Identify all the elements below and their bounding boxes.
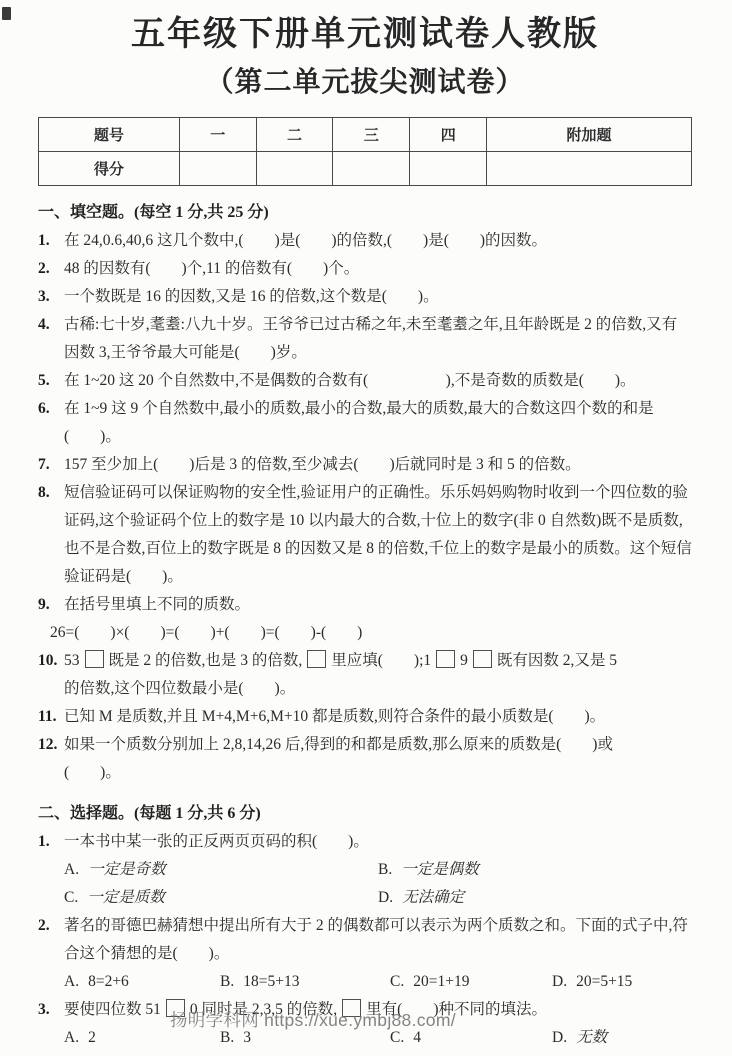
question-text-line: 在括号里填上不同的质数。 [64, 591, 692, 619]
question-number: 7. [38, 451, 64, 479]
question-number: 6. [38, 395, 64, 451]
scan-artifact [2, 7, 11, 20]
page-subtitle: （第二单元拔尖测试卷） [38, 65, 692, 101]
question-text: 在 1~20 这 20 个自然数中,不是偶数的合数有( ),不是奇数的质数是( … [64, 367, 692, 395]
question-text: 在 1~9 这 9 个自然数中,最小的质数,最小的合数,最大的质数,最大的合数这… [64, 395, 692, 451]
question-segment: 9 [460, 652, 468, 669]
options-row: C.一定是质数 D.无法确定 [64, 884, 692, 912]
score-empty-cell [333, 152, 410, 186]
option-text: 无法确定 [402, 889, 464, 906]
question-text: 一个数既是 16 的因数,又是 16 的倍数,这个数是( )。 [64, 283, 692, 311]
fill-question-3: 3. 一个数既是 16 的因数,又是 16 的倍数,这个数是( )。 [38, 283, 692, 311]
score-table-header-cell: 题号 [39, 118, 180, 152]
score-table-header-cell: 一 [179, 118, 256, 152]
site-watermark: 扬明学科网 https://xue.ymbj88.com/ [170, 1007, 456, 1032]
option-text: 一定是偶数 [401, 861, 479, 878]
fill-question-7: 7. 157 至少加上( )后是 3 的倍数,至少减去( )后就同时是 3 和 … [38, 451, 692, 479]
equation-line: 26=( )×( )=( )+( )=( )-( ) [50, 619, 692, 647]
section1-heading: 一、填空题。(每空 1 分,共 25 分) [38, 199, 692, 227]
question-number: 8. [38, 479, 64, 591]
choice-question-1: 1. 一本书中某一张的正反两页页码的积( )。 A.一定是奇数 B.一定是偶数 … [38, 828, 692, 912]
option-text: 20=5+15 [576, 973, 632, 990]
question-segment: 53 [64, 652, 80, 669]
test-paper-page: 五年级下册单元测试卷人教版 （第二单元拔尖测试卷） 题号 一 二 三 四 附加题… [0, 0, 732, 1052]
question-number: 4. [38, 311, 64, 367]
option-text: 一定是质数 [87, 889, 165, 906]
score-empty-cell [179, 152, 256, 186]
options-row: A.8=2+6 B.18=5+13 C.20=1+19 D.20=5+15 [64, 968, 692, 996]
score-table-header-cell: 三 [333, 118, 410, 152]
question-text-line: 53既是 2 的倍数,也是 3 的倍数,里应填( );19既有因数 2,又是 5 [64, 647, 692, 675]
option-text: 20=1+19 [413, 973, 469, 990]
option-d: D.无数 [552, 1024, 692, 1052]
question-number: 5. [38, 367, 64, 395]
question-text-line: 如果一个质数分别加上 2,8,14,26 后,得到的和都是质数,那么原来的质数是… [64, 731, 692, 759]
question-text: 短信验证码可以保证购物的安全性,验证用户的正确性。乐乐妈妈购物时收到一个四位数的… [64, 479, 692, 591]
option-a: A.8=2+6 [64, 968, 220, 996]
question-text: 53既是 2 的倍数,也是 3 的倍数,里应填( );19既有因数 2,又是 5… [64, 647, 692, 703]
question-text: 古稀:七十岁,耄耋:八九十岁。王爷爷已过古稀之年,未至耄耋之年,且年龄既是 2 … [64, 311, 692, 367]
option-label: D. [552, 1029, 567, 1046]
fill-question-2: 2. 48 的因数有( )个,11 的倍数有( )个。 [38, 255, 692, 283]
option-b: B.18=5+13 [220, 968, 390, 996]
choice-question-2: 2. 著名的哥德巴赫猜想中提出所有大于 2 的偶数都可以表示为两个质数之和。下面… [38, 912, 692, 996]
question-text-line: ( )。 [64, 759, 692, 787]
score-table-score-row: 得分 [39, 152, 692, 186]
option-d: D.20=5+15 [552, 968, 692, 996]
question-text: 著名的哥德巴赫猜想中提出所有大于 2 的偶数都可以表示为两个质数之和。下面的式子… [64, 912, 692, 996]
question-segment: 既是 2 的倍数,也是 3 的倍数, [109, 652, 303, 669]
question-number: 2. [38, 255, 64, 283]
question-segment: 里应填( );1 [331, 652, 431, 669]
option-label: D. [552, 973, 567, 990]
score-empty-cell [410, 152, 487, 186]
score-empty-cell [487, 152, 692, 186]
blank-box [473, 650, 492, 668]
option-d: D.无法确定 [378, 884, 692, 912]
score-label-cell: 得分 [39, 152, 180, 186]
fill-question-8: 8. 短信验证码可以保证购物的安全性,验证用户的正确性。乐乐妈妈购物时收到一个四… [38, 479, 692, 591]
blank-box [85, 650, 104, 668]
option-text: 无数 [576, 1029, 607, 1046]
option-label: A. [64, 973, 79, 990]
option-text: 8=2+6 [88, 973, 129, 990]
question-text: 如果一个质数分别加上 2,8,14,26 后,得到的和都是质数,那么原来的质数是… [64, 731, 692, 787]
question-number: 3. [38, 283, 64, 311]
question-text-line: 一本书中某一张的正反两页页码的积( )。 [64, 828, 692, 856]
option-label: D. [378, 889, 393, 906]
option-label: C. [390, 973, 404, 990]
fill-question-9: 9. 在括号里填上不同的质数。 26=( )×( )=( )+( )=( )-(… [38, 591, 692, 647]
fill-question-11: 11. 已知 M 是质数,并且 M+4,M+6,M+10 都是质数,则符合条件的… [38, 703, 692, 731]
option-text: 一定是奇数 [88, 861, 166, 878]
question-number: 11. [38, 703, 64, 731]
page-title: 五年级下册单元测试卷人教版 [38, 14, 692, 56]
section2-heading: 二、选择题。(每题 1 分,共 6 分) [38, 800, 692, 828]
score-table: 题号 一 二 三 四 附加题 得分 [38, 117, 692, 186]
option-a: A.一定是奇数 [64, 856, 378, 884]
question-text-line: 著名的哥德巴赫猜想中提出所有大于 2 的偶数都可以表示为两个质数之和。下面的式子… [64, 912, 692, 968]
score-table-header-cell: 二 [256, 118, 333, 152]
question-text: 在 24,0.6,40,6 这几个数中,( )是( )的倍数,( )是( )的因… [64, 227, 692, 255]
option-c: C.20=1+19 [390, 968, 552, 996]
fill-question-1: 1. 在 24,0.6,40,6 这几个数中,( )是( )的倍数,( )是( … [38, 227, 692, 255]
question-segment: 既有因数 2,又是 5 [497, 652, 617, 669]
score-table-header-row: 题号 一 二 三 四 附加题 [39, 118, 692, 152]
fill-question-4: 4. 古稀:七十岁,耄耋:八九十岁。王爷爷已过古稀之年,未至耄耋之年,且年龄既是… [38, 311, 692, 367]
question-text: 在括号里填上不同的质数。 26=( )×( )=( )+( )=( )-( ) [64, 591, 692, 647]
score-empty-cell [256, 152, 333, 186]
option-c: C.一定是质数 [64, 884, 378, 912]
option-label: A. [64, 1029, 79, 1046]
option-label: B. [220, 973, 234, 990]
blank-box [307, 650, 326, 668]
question-number: 2. [38, 912, 64, 996]
blank-box [436, 650, 455, 668]
question-number: 1. [38, 227, 64, 255]
option-label: B. [378, 861, 392, 878]
question-number: 3. [38, 996, 64, 1052]
question-text: 一本书中某一张的正反两页页码的积( )。 A.一定是奇数 B.一定是偶数 C.一… [64, 828, 692, 912]
option-b: B.一定是偶数 [378, 856, 692, 884]
fill-question-10: 10. 53既是 2 的倍数,也是 3 的倍数,里应填( );19既有因数 2,… [38, 647, 692, 703]
fill-question-6: 6. 在 1~9 这 9 个自然数中,最小的质数,最小的合数,最大的质数,最大的… [38, 395, 692, 451]
question-segment: 要使四位数 51 [64, 1001, 161, 1018]
fill-question-5: 5. 在 1~20 这 20 个自然数中,不是偶数的合数有( ),不是奇数的质数… [38, 367, 692, 395]
question-text: 157 至少加上( )后是 3 的倍数,至少减去( )后就同时是 3 和 5 的… [64, 451, 692, 479]
question-number: 1. [38, 828, 64, 912]
fill-question-12: 12. 如果一个质数分别加上 2,8,14,26 后,得到的和都是质数,那么原来… [38, 731, 692, 787]
options-row: A.一定是奇数 B.一定是偶数 [64, 856, 692, 884]
score-table-header-cell: 附加题 [487, 118, 692, 152]
question-text: 48 的因数有( )个,11 的倍数有( )个。 [64, 255, 692, 283]
question-number: 10. [38, 647, 64, 703]
option-label: A. [64, 861, 79, 878]
option-text: 18=5+13 [243, 973, 299, 990]
question-number: 12. [38, 731, 64, 787]
option-text: 2 [88, 1029, 96, 1046]
score-table-header-cell: 四 [410, 118, 487, 152]
option-label: C. [64, 889, 78, 906]
question-text-line: 的倍数,这个四位数最小是( )。 [64, 675, 692, 703]
question-text: 已知 M 是质数,并且 M+4,M+6,M+10 都是质数,则符合条件的最小质数… [64, 703, 692, 731]
